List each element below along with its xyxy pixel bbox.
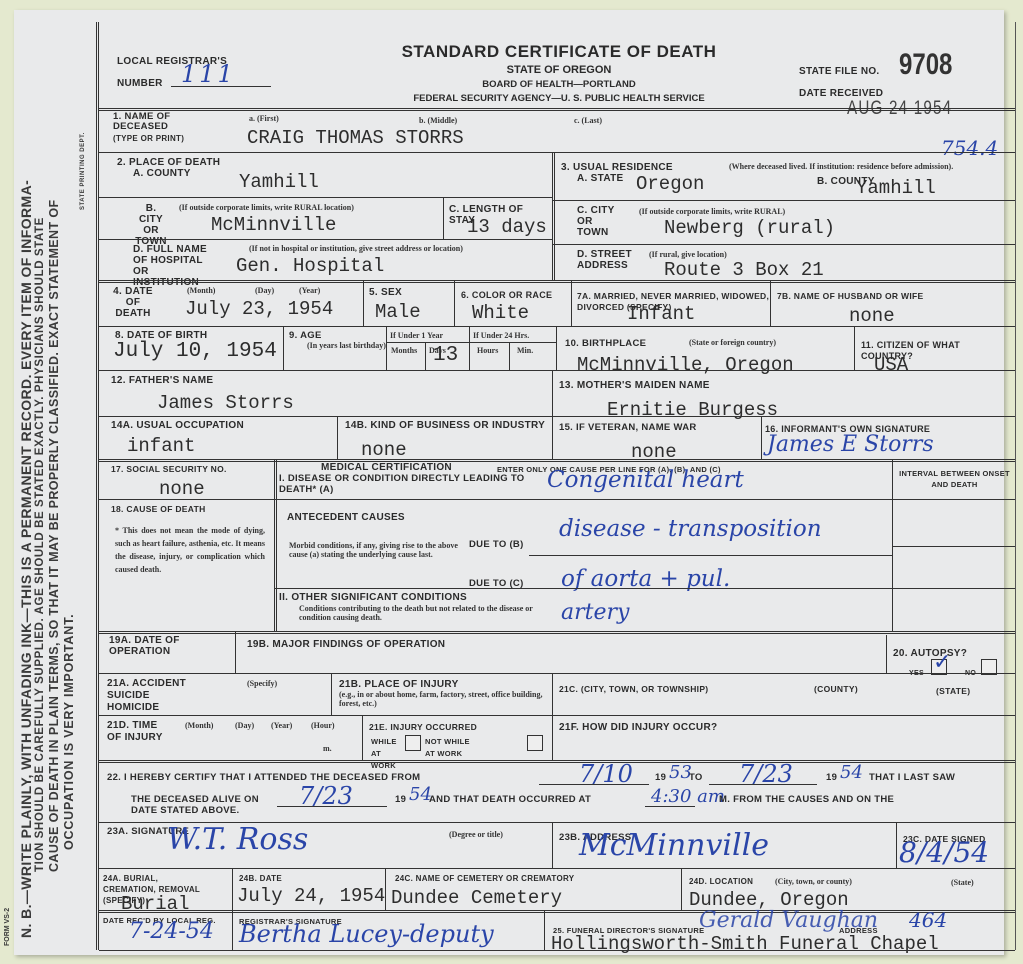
- medical-certification-title: MEDICAL CERTIFICATION: [321, 462, 452, 473]
- f1-first-label: a. (First): [249, 114, 279, 123]
- f2-city-label: B. CITY OR TOWN: [133, 203, 169, 247]
- attended-from-date: 7/10: [579, 760, 633, 788]
- certificate-paper: FORM VS-2 N. B.—WRITE PLAINLY, WITH UNFA…: [14, 10, 1004, 955]
- certificate-form: LOCAL REGISTRAR'S NUMBER 111 STANDARD CE…: [96, 22, 1016, 950]
- f3-street-label: D. STREET ADDRESS: [577, 249, 637, 271]
- certify-text-6: DATE STATED ABOVE.: [131, 805, 240, 816]
- f24b-label: 24B. DATE: [239, 873, 282, 884]
- f10-label: 10. BIRTHPLACE: [565, 338, 646, 349]
- f9-note: (In years last birthday): [307, 341, 387, 350]
- hospital-name: Gen. Hospital: [236, 256, 384, 276]
- f9-under1-label: If Under 1 Year: [390, 331, 443, 340]
- while-at-work-label: WHILE AT WORK: [371, 736, 407, 772]
- f2-city-note: (If outside corporate limits, write RURA…: [179, 203, 354, 212]
- not-while-at-work-label: NOT WHILE AT WORK: [425, 736, 475, 760]
- f1-label: 1. NAME OF DECEASED: [113, 112, 203, 132]
- f4-label: 4. DATE OF DEATH: [113, 286, 153, 319]
- f21d-hour-label: (Hour): [311, 721, 335, 730]
- physician-signature: W.T. Ross: [167, 822, 308, 857]
- other-conditions-label: II. OTHER SIGNIFICANT CONDITIONS: [279, 592, 467, 603]
- f19a-label: 19A. DATE OF OPERATION: [109, 635, 189, 657]
- from-year-prefix: 19: [655, 772, 666, 783]
- f1-sub-label: (TYPE OR PRINT): [113, 133, 184, 144]
- length-of-stay: 13 days: [467, 217, 547, 237]
- alive-year-prefix: 19: [395, 794, 406, 805]
- board-of-health: BOARD OF HEALTH—PORTLAND: [349, 79, 769, 90]
- f21e-label: 21E. INJURY OCCURRED: [369, 722, 477, 733]
- f21c-state-label: (STATE): [936, 686, 970, 697]
- birthplace: McMinnville, Oregon: [577, 355, 794, 375]
- f3-note: (Where deceased lived. If institution: r…: [729, 162, 1019, 171]
- age-days: 13: [433, 346, 458, 366]
- f4-month-label: (Month): [187, 286, 215, 295]
- last-seen-alive-date: 7/23: [299, 782, 353, 810]
- burial-date: July 24, 1954: [237, 886, 385, 906]
- informant-signature: James E Storrs: [767, 432, 934, 457]
- f1-last-label: c. (Last): [574, 116, 602, 125]
- f6-label: 6. COLOR OR RACE: [461, 290, 552, 301]
- f12-label: 12. FATHER'S NAME: [111, 375, 213, 386]
- state-printing-dept: STATE PRINTING DEPT.: [80, 132, 86, 210]
- margin-instruction-line-1: N. B.—WRITE PLAINLY, WITH UNFADING INK—T…: [18, 180, 34, 938]
- f21d-m-label: m.: [323, 744, 332, 753]
- color-or-race: White: [472, 303, 529, 323]
- funeral-home-name: Hollingsworth-Smith Funeral Chapel: [551, 934, 939, 954]
- f19b-label: 19B. MAJOR FINDINGS OF OPERATION: [247, 639, 445, 650]
- f17-label: 17. SOCIAL SECURITY NO.: [111, 464, 227, 475]
- other-conditions: artery: [561, 600, 629, 625]
- registrar-signature: Bertha Lucey-deputy: [239, 920, 494, 948]
- spouse-name: none: [849, 306, 895, 326]
- residence-county: Yamhill: [856, 178, 936, 198]
- time-of-death: 4:30 am: [651, 786, 725, 807]
- f9-min-label: Min.: [517, 346, 533, 355]
- f9-under24-label: If Under 24 Hrs.: [473, 331, 529, 340]
- f21b-label: 21B. PLACE OF INJURY: [339, 679, 459, 690]
- while-at-work-checkbox[interactable]: [405, 735, 421, 751]
- f1-middle-label: b. (Middle): [419, 116, 457, 125]
- check-mark-icon: ✓: [933, 650, 951, 675]
- f14b-label: 14B. KIND OF BUSINESS OR INDUSTRY: [345, 420, 555, 431]
- place-of-death-county: Yamhill: [239, 172, 319, 192]
- form-code: FORM VS-2: [4, 908, 11, 946]
- residence-street: Route 3 Box 21: [664, 260, 824, 280]
- f18-note: * This does not mean the mode of dying, …: [115, 524, 265, 576]
- certify-text-3: THE DECEASED ALIVE ON: [131, 794, 259, 805]
- f3-street-note: (If rural, give location): [649, 250, 727, 259]
- f2-hospital-note: (If not in hospital or institution, give…: [249, 244, 463, 253]
- citizenship: USA: [874, 355, 908, 375]
- certify-text-5: M. FROM THE CAUSES AND ON THE: [719, 794, 894, 805]
- f20-label: 20. AUTOPSY?: [893, 648, 967, 659]
- f21c-county-label: (COUNTY): [814, 684, 858, 695]
- interval-label: INTERVAL BETWEEN ONSET AND DEATH: [897, 468, 1012, 490]
- physician-address: McMinnville: [579, 828, 769, 863]
- f9-months-label: Months: [391, 346, 417, 355]
- f24d-note: (City, town, or county): [775, 877, 852, 886]
- disease-condition-label: I. DISEASE OR CONDITION DIRECTLY LEADING…: [279, 473, 539, 495]
- f21d-year-label: (Year): [271, 721, 292, 730]
- to-year-prefix: 19: [826, 772, 837, 783]
- f18-label: 18. CAUSE OF DEATH: [111, 504, 206, 515]
- mother-maiden-name: Ernitie Burgess: [607, 400, 778, 420]
- f2-county-label: A. COUNTY: [133, 168, 191, 179]
- number-label: NUMBER: [117, 78, 163, 89]
- date-signed: 8/4/54: [899, 836, 989, 869]
- certify-text-2: THAT I LAST SAW: [869, 772, 955, 783]
- cause-b: disease - transposition: [559, 516, 822, 542]
- certify-text-4: AND THAT DEATH OCCURRED AT: [429, 794, 591, 805]
- f9-label: 9. AGE: [289, 330, 322, 341]
- f14a-label: 14A. USUAL OCCUPATION: [111, 420, 244, 431]
- f3-city-label: C. CITY OR TOWN: [577, 205, 617, 238]
- f7b-label: 7B. NAME OF HUSBAND OR WIFE: [777, 291, 927, 302]
- to-label: TO: [689, 772, 703, 783]
- f23a-degree-label: (Degree or title): [449, 830, 503, 839]
- sex: Male: [375, 302, 421, 322]
- f13-label: 13. MOTHER'S MAIDEN NAME: [559, 380, 710, 391]
- f21a-label: 21A. ACCIDENT SUICIDE HOMICIDE: [107, 678, 187, 714]
- state-name: STATE OF OREGON: [349, 64, 769, 76]
- attended-to-year: 54: [840, 762, 863, 783]
- certify-text-1: 22. I HEREBY CERTIFY THAT I ATTENDED THE…: [107, 772, 420, 783]
- residence-state: Oregon: [636, 174, 704, 194]
- deceased-name: CRAIG THOMAS STORRS: [247, 128, 464, 148]
- father-name: James Storrs: [157, 393, 294, 413]
- f21d-day-label: (Day): [235, 721, 254, 730]
- f15-label: 15. IF VETERAN, NAME WAR: [559, 422, 697, 433]
- margin-instruction-line-2: TION SHOULD BE CAREFULLY SUPPLIED. AGE S…: [34, 217, 46, 872]
- f3-city-note: (If outside corporate limits, write RURA…: [639, 207, 785, 216]
- state-file-label: STATE FILE NO.: [799, 66, 880, 77]
- f3-label: 3. USUAL RESIDENCE: [561, 162, 673, 173]
- date-of-death: July 23, 1954: [185, 299, 333, 319]
- f24c-label: 24C. NAME OF CEMETERY OR CREMATORY: [395, 873, 574, 884]
- date-recd-by-local-reg: 7-24-54: [129, 919, 214, 944]
- certificate-title: STANDARD CERTIFICATE OF DEATH: [349, 42, 769, 62]
- f24d-state-label: (State): [951, 878, 974, 887]
- burial-location: Dundee, Oregon: [689, 890, 849, 910]
- f21c-label: 21C. (CITY, TOWN, OR TOWNSHIP): [559, 684, 708, 695]
- antecedent-causes-label: ANTECEDENT CAUSES: [287, 512, 405, 523]
- f4-day-label: (Day): [255, 286, 274, 295]
- margin-instruction-line-4: OCCUPATION IS VERY IMPORTANT.: [62, 614, 76, 850]
- f21b-note: (e.g., in or about home, farm, factory, …: [339, 690, 551, 708]
- social-security-number: none: [159, 479, 205, 499]
- f9-hours-label: Hours: [477, 346, 498, 355]
- morbid-conditions-note: Morbid conditions, if any, giving rise t…: [289, 541, 469, 559]
- cause-a: Congenital heart: [547, 467, 744, 493]
- f24d-label: 24D. LOCATION: [689, 876, 753, 887]
- due-to-b-label: DUE TO (B): [469, 539, 524, 550]
- local-registrar-number: 111: [181, 60, 236, 88]
- agency-name: FEDERAL SECURITY AGENCY—U. S. PUBLIC HEA…: [349, 93, 769, 104]
- f10-note: (State or foreign country): [689, 338, 776, 347]
- cemetery-name: Dundee Cemetery: [391, 888, 562, 908]
- funeral-director-signature: Gerald Vaughan: [699, 908, 878, 933]
- place-of-death-city: McMinnville: [211, 215, 336, 235]
- f21d-label: 21D. TIME OF INJURY: [107, 720, 167, 744]
- f21f-label: 21F. HOW DID INJURY OCCUR?: [559, 722, 717, 733]
- marital-status: Infant: [627, 304, 695, 324]
- kind-of-business: none: [361, 440, 407, 460]
- state-file-number: 9708: [899, 48, 952, 82]
- usual-occupation: infant: [127, 436, 195, 456]
- attended-to-date: 7/23: [739, 760, 793, 788]
- f21a-note: (Specify): [247, 679, 277, 688]
- residence-city: Newberg (rural): [664, 218, 835, 238]
- other-conditions-note: Conditions contributing to the death but…: [299, 604, 539, 622]
- f3-state-label: A. STATE: [577, 173, 623, 184]
- funeral-director-address: 464: [909, 908, 947, 932]
- f5-label: 5. SEX: [369, 287, 402, 298]
- classification-annotation: 754.4: [941, 136, 998, 160]
- margin-instruction-line-3: CAUSE OF DEATH IN PLAIN TERMS, SO THAT I…: [47, 199, 61, 872]
- not-while-at-work-checkbox[interactable]: [527, 735, 543, 751]
- f21d-month-label: (Month): [185, 721, 213, 730]
- date-of-birth: July 10, 1954: [113, 342, 277, 362]
- f4-year-label: (Year): [299, 286, 320, 295]
- f2-label: 2. PLACE OF DEATH: [117, 157, 220, 168]
